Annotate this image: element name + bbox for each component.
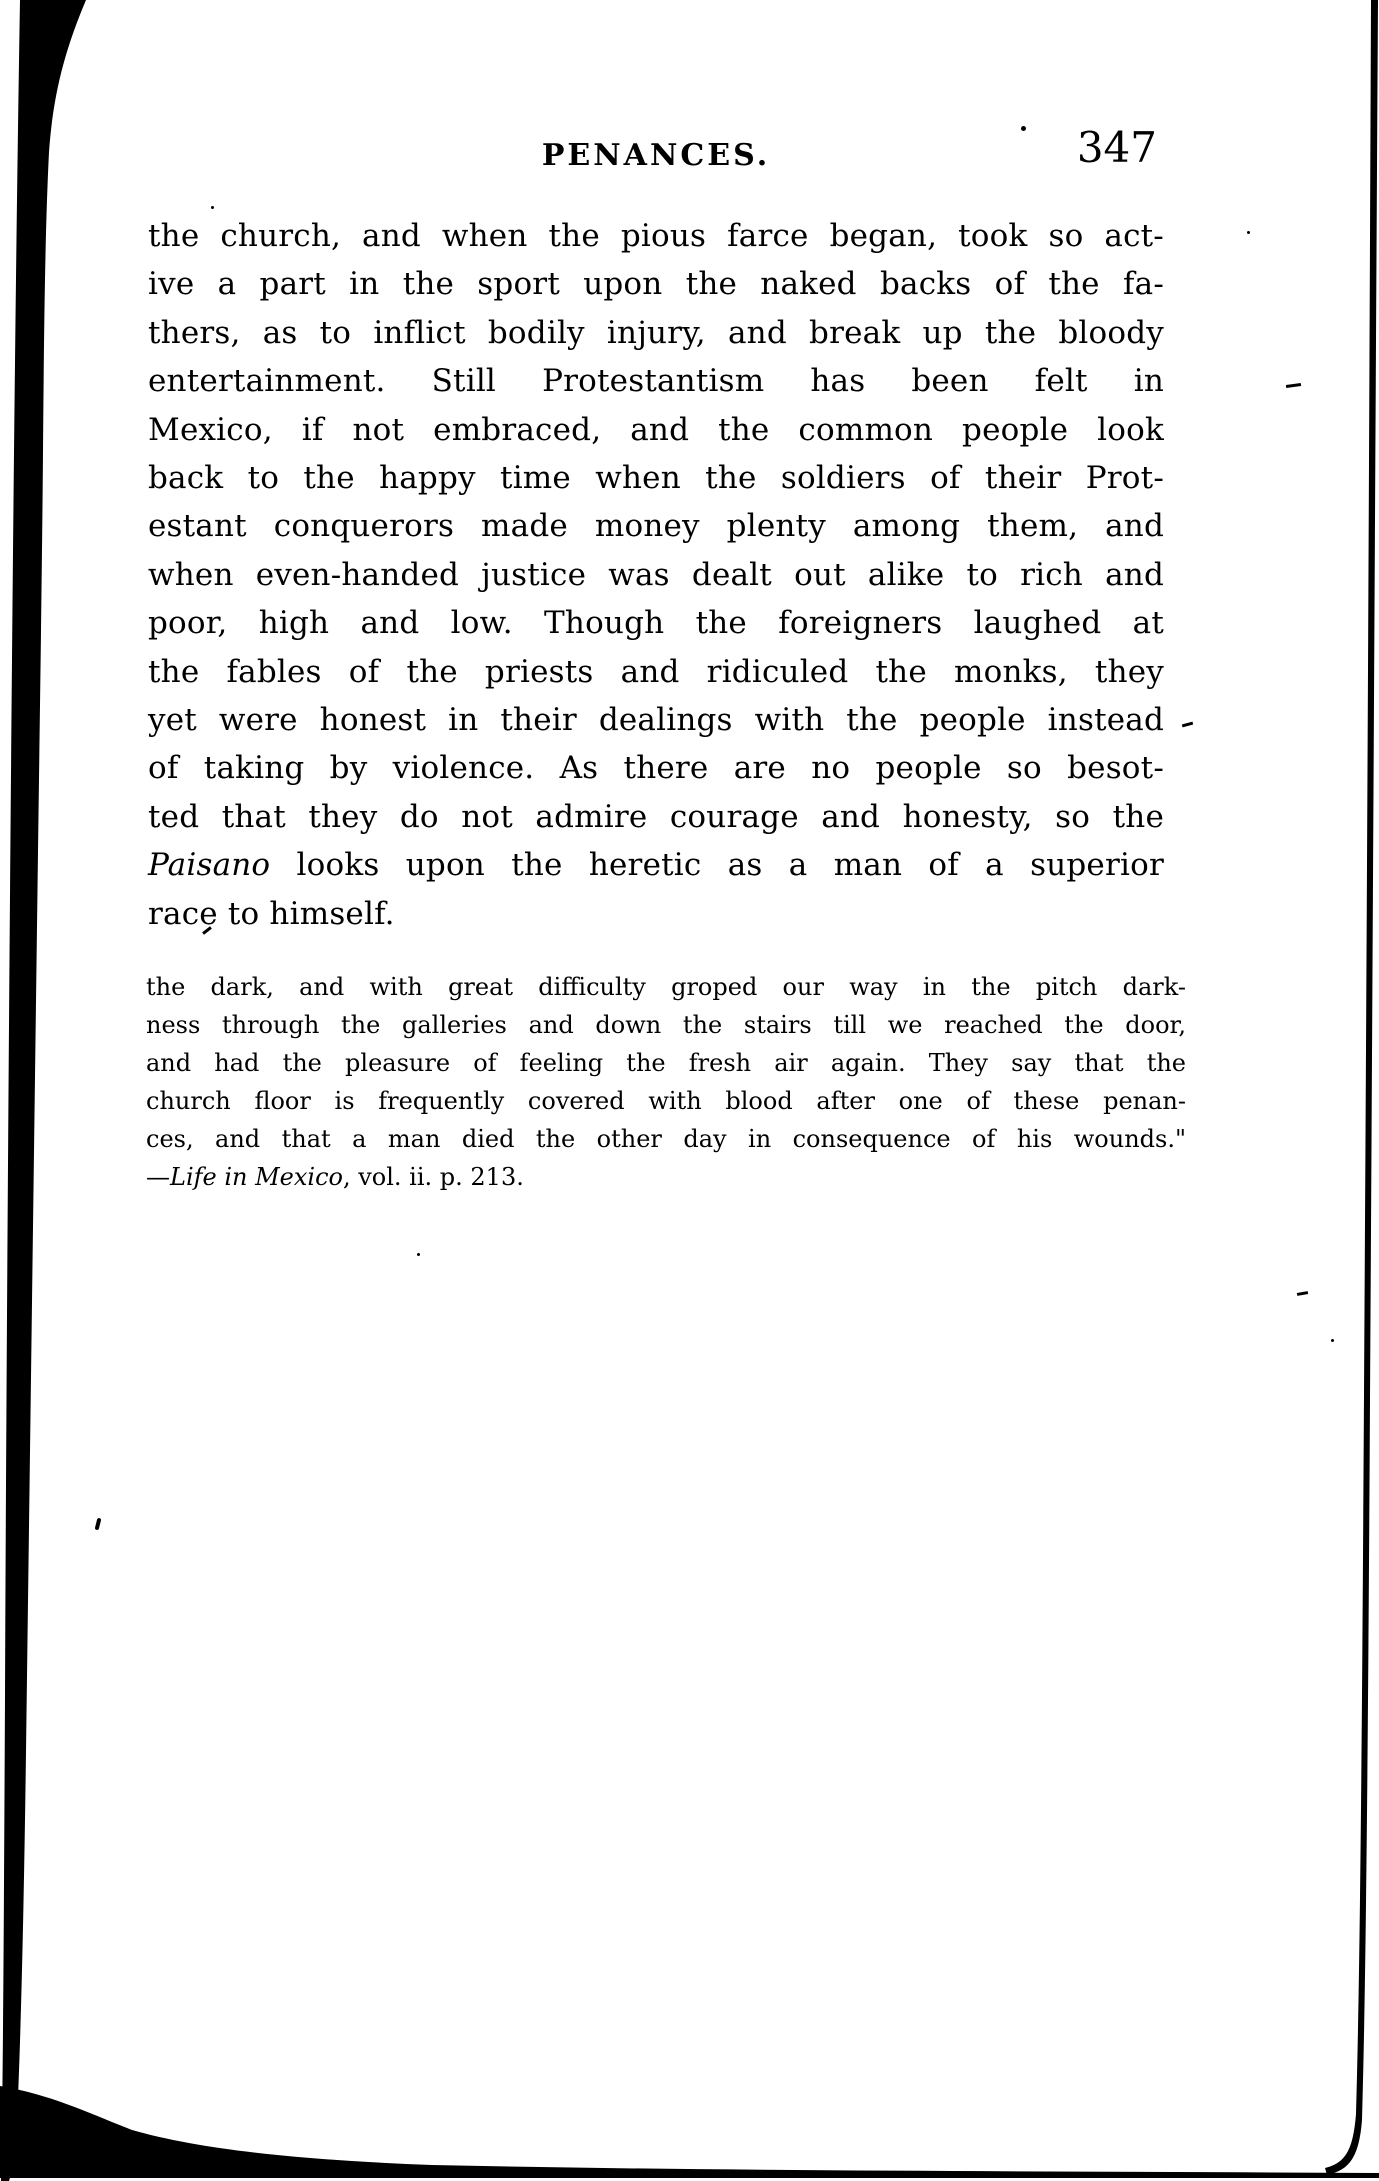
body-line: poor, high and low. Though the foreigner…: [148, 599, 1164, 647]
body-line: entertainment. Still Protestantism has b…: [148, 357, 1164, 405]
page-number: 347: [1077, 123, 1157, 172]
body-line: Paisano looks upon the heretic as a man …: [148, 841, 1164, 889]
body-line: yet were honest in their dealings with t…: [148, 696, 1164, 744]
main-paragraph: the church, and when the pious farce beg…: [148, 212, 1164, 938]
body-line: the fables of the priests and ridiculed …: [148, 648, 1164, 696]
body-line: ted that they do not admire courage and …: [148, 793, 1164, 841]
italic-word-paisano: Paisano: [148, 847, 270, 883]
citation-dash: —: [146, 1163, 170, 1191]
body-line: Mexico, if not embraced, and the common …: [148, 406, 1164, 454]
left-edge-scan-bar: [1, 0, 86, 2181]
citation-title-italic: Life in Mexico: [170, 1163, 343, 1191]
scan-speck: [1331, 1339, 1334, 1342]
body-line: ive a part in the sport upon the naked b…: [148, 260, 1164, 308]
body-line: thers, as to inflict bodily injury, and …: [148, 309, 1164, 357]
body-line: of taking by violence. As there are no p…: [148, 744, 1164, 792]
scan-speck: [417, 1253, 420, 1256]
citation-rest: , vol. ii. p. 213.: [343, 1163, 524, 1191]
right-edge-scan-line: [1325, 0, 1378, 2175]
footnote-paragraph: the dark, and with great difficulty grop…: [146, 968, 1186, 1196]
body-line: when even-handed justice was dealt out a…: [148, 551, 1164, 599]
scan-speck: [1247, 231, 1250, 234]
body-line: estant conquerors made money plenty amon…: [148, 502, 1164, 550]
scan-speck: [1021, 126, 1026, 131]
running-header-title: PENANCES.: [148, 138, 1164, 173]
scan-speck: [211, 206, 214, 209]
footnote-line: and had the pleasure of feeling the fres…: [146, 1044, 1186, 1082]
body-line: the church, and when the pious farce beg…: [148, 212, 1164, 260]
bottom-edge-scan-strip: [0, 2086, 1379, 2178]
footnote-line: ces, and that a man died the other day i…: [146, 1120, 1186, 1158]
body-line: race to himself.: [148, 890, 1164, 938]
book-page: PENANCES. 347 the church, and when the p…: [0, 0, 1379, 2181]
body-line: back to the happy time when the soldiers…: [148, 454, 1164, 502]
footnote-line: church floor is frequently covered with …: [146, 1082, 1186, 1120]
footnote-line: the dark, and with great difficulty grop…: [146, 968, 1186, 1006]
footnote-citation-line: —Life in Mexico, vol. ii. p. 213.: [146, 1158, 1186, 1196]
body-line-text: looks upon the heretic as a man of a sup…: [270, 847, 1164, 883]
footnote-line: ness through the galleries and down the …: [146, 1006, 1186, 1044]
